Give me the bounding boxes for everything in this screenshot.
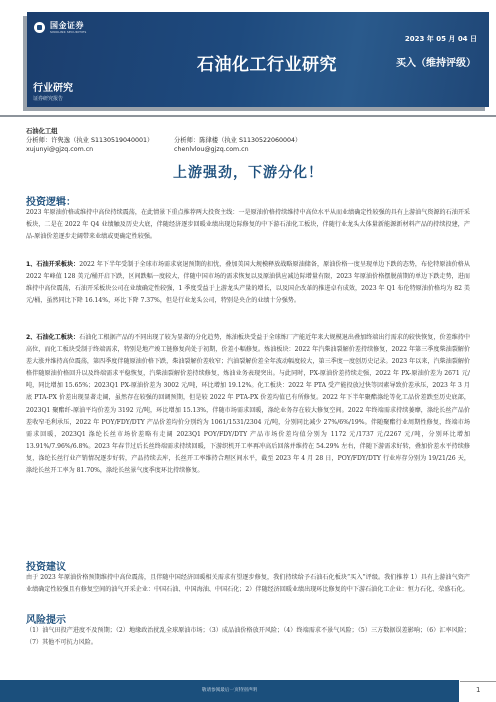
logo-cn: 国金证券 <box>50 21 87 30</box>
section-title-logic: 投资逻辑： <box>26 193 76 208</box>
report-title: 石油化工行业研究 <box>197 50 337 75</box>
analyst-2-email[interactable]: chenlvlou@gjzq.com.cn <box>174 145 249 154</box>
footer-disclaimer: 敬请参阅最后一页特别声明 <box>0 687 459 693</box>
analyst-1-email[interactable]: xujunyi@gjzq.com.cn <box>26 145 174 154</box>
point-1-label: 1、石油开采板块： <box>26 261 79 268</box>
team-name: 石油化工组 <box>26 127 301 136</box>
report-date: 2023 年 05 月 04 日 <box>405 34 477 44</box>
company-logo: 国金证券 SINOLINK SECURITIES <box>34 21 87 34</box>
logic-point-2: 2、石油化工板块：石油化工根据产品的不同出现了较为显著的分化趋势，炼油板块受益于… <box>26 332 470 477</box>
point-2-label: 2、石油化工板块： <box>26 334 79 341</box>
headline: 上游强劲，下游分化！ <box>0 162 496 182</box>
section-title-risk: 风险提示 <box>26 611 66 626</box>
point-2-text: 石油化工根据产品的不同出现了较为显著的分化趋势，炼油板块受益于全球炼厂产能近年来… <box>26 334 470 474</box>
divider <box>0 115 496 117</box>
report-subcategory: 证券研究报告 <box>33 95 63 102</box>
analyst-2: 分析师：陈律楼（执业 S1130522060004） <box>174 136 301 145</box>
report-category: 行业研究 <box>33 79 73 94</box>
footer-bar: 敬请参阅最后一页特别声明 <box>0 680 459 702</box>
point-1-text: 2022 年下半年受制于全球市场需求衰退预期的扣忧，叠加美国大规模释放战略原油储… <box>26 261 470 304</box>
footer-divider <box>460 681 496 682</box>
risk-text: （1）油气田投产进度不及预期；（2）地缘政治扰乱全球原油市场；（3）成品油价格放… <box>26 625 470 649</box>
section-title-suggestion: 投资建议 <box>26 558 66 573</box>
logo-icon <box>34 22 45 33</box>
logic-point-1: 1、石油开采板块：2022 年下半年受制于全球市场需求衰退预期的扣忧，叠加美国大… <box>26 259 470 307</box>
author-block: 石油化工组 分析师：许隽逸（执业 S1130519040001） 分析师：陈律楼… <box>26 127 301 154</box>
logo-en: SINOLINK SECURITIES <box>50 30 87 34</box>
rating-badge: 买入（维持评级） <box>396 54 476 69</box>
page-number: 1 <box>476 686 480 694</box>
logic-intro: 2023 年原油价格或维持中高位持续震荡，在此情景下重点推荐两大投资主线：一是原… <box>26 207 470 243</box>
suggestion-text: 由于 2023 年原油价格预期维持中高位震荡，且伴随中国经济回暖相关需求有望逐步… <box>26 572 470 596</box>
analyst-1: 分析师：许隽逸（执业 S1130519040001） <box>26 136 174 145</box>
report-banner: 国金证券 SINOLINK SECURITIES 石油化工行业研究 2023 年… <box>27 12 489 107</box>
